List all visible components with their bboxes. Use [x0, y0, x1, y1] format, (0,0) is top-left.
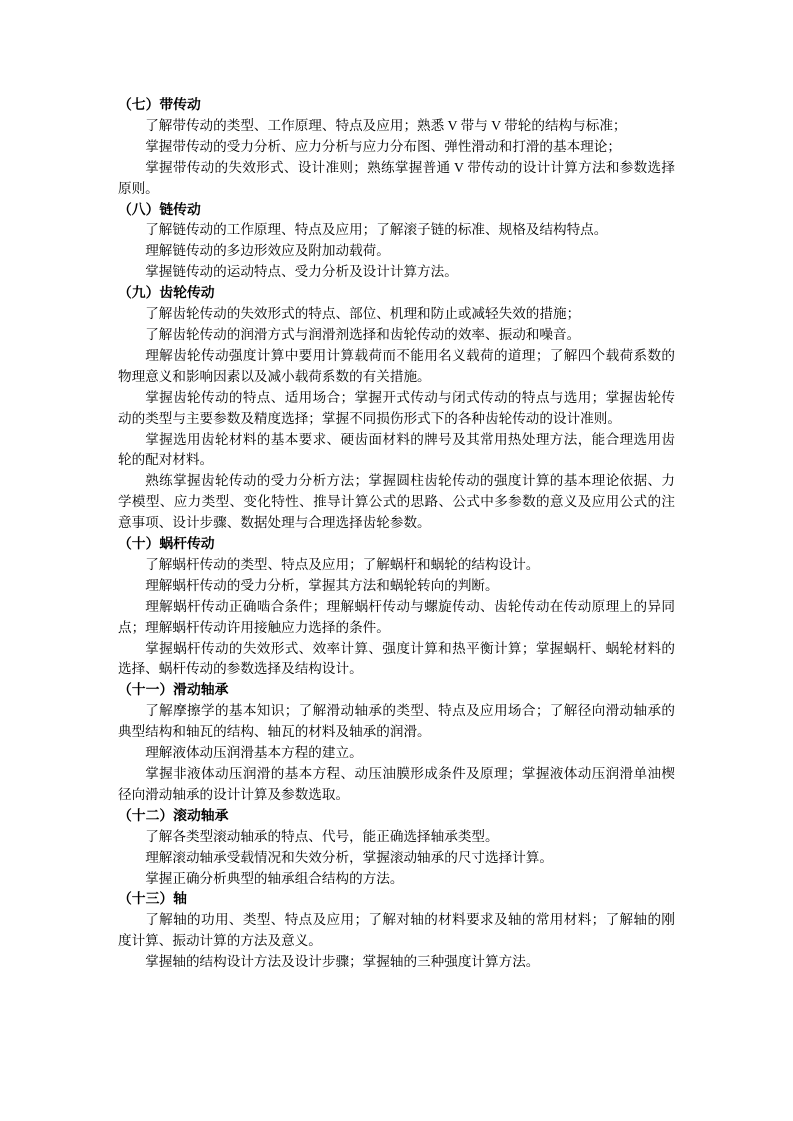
section-worm-drive: （十）蜗杆传动 了解蜗杆传动的类型、特点及应用；了解蜗杆和蜗轮的结构设计。 理解…	[118, 534, 675, 680]
paragraph: 理解齿轮传动强度计算中要用计算载荷而不能用名义载荷的道理；了解四个载荷系数的物理…	[118, 346, 675, 388]
paragraph: 掌握带传动的失效形式、设计准则；熟练掌握普通 V 带传动的设计计算方法和参数选择…	[118, 158, 675, 200]
section-shaft: （十三）轴 了解轴的功用、类型、特点及应用；了解对轴的材料要求及轴的常用材料；了…	[118, 889, 675, 973]
paragraph: 熟练掌握齿轮传动的受力分析方法；掌握圆柱齿轮传动的强度计算的基本理论依据、力学模…	[118, 471, 675, 534]
paragraph: 了解齿轮传动的失效形式的特点、部位、机理和防止或减轻失效的措施；	[118, 304, 675, 325]
paragraph: 掌握选用齿轮材料的基本要求、硬齿面材料的牌号及其常用热处理方法，能合理选用齿轮的…	[118, 430, 675, 472]
paragraph: 了解链传动的工作原理、特点及应用；了解滚子链的标准、规格及结构特点。	[118, 220, 675, 241]
section-heading: （七）带传动	[118, 95, 675, 116]
section-gear-drive: （九）齿轮传动 了解齿轮传动的失效形式的特点、部位、机理和防止或减轻失效的措施；…	[118, 283, 675, 534]
paragraph: 掌握非液体动压润滑的基本方程、动压油膜形成条件及原理；掌握液体动压润滑单油楔径向…	[118, 764, 675, 806]
section-heading: （八）链传动	[118, 200, 675, 221]
paragraph: 理解滚动轴承受载情况和失效分析，掌握滚动轴承的尺寸选择计算。	[118, 848, 675, 869]
paragraph: 了解轴的功用、类型、特点及应用；了解对轴的材料要求及轴的常用材料；了解轴的刚度计…	[118, 910, 675, 952]
document-content: （七）带传动 了解带传动的类型、工作原理、特点及应用；熟悉 V 带与 V 带轮的…	[118, 95, 675, 973]
paragraph: 理解液体动压润滑基本方程的建立。	[118, 743, 675, 764]
paragraph: 掌握正确分析典型的轴承组合结构的方法。	[118, 869, 675, 890]
section-belt-drive: （七）带传动 了解带传动的类型、工作原理、特点及应用；熟悉 V 带与 V 带轮的…	[118, 95, 675, 200]
section-chain-drive: （八）链传动 了解链传动的工作原理、特点及应用；了解滚子链的标准、规格及结构特点…	[118, 200, 675, 284]
paragraph: 理解蜗杆传动正确啮合条件；理解蜗杆传动与螺旋传动、齿轮传动在传动原理上的异同点；…	[118, 597, 675, 639]
section-heading: （十三）轴	[118, 889, 675, 910]
paragraph: 了解齿轮传动的润滑方式与润滑剂选择和齿轮传动的效率、振动和噪音。	[118, 325, 675, 346]
document-page: （七）带传动 了解带传动的类型、工作原理、特点及应用；熟悉 V 带与 V 带轮的…	[0, 0, 793, 1121]
section-rolling-bearing: （十二）滚动轴承 了解各类型滚动轴承的特点、代号，能正确选择轴承类型。 理解滚动…	[118, 806, 675, 890]
section-heading: （十二）滚动轴承	[118, 806, 675, 827]
paragraph: 掌握齿轮传动的特点、适用场合；掌握开式传动与闭式传动的特点与选用；掌握齿轮传动的…	[118, 388, 675, 430]
paragraph: 理解链传动的多边形效应及附加动载荷。	[118, 241, 675, 262]
paragraph: 理解蜗杆传动的受力分析，掌握其方法和蜗轮转向的判断。	[118, 576, 675, 597]
section-heading: （十）蜗杆传动	[118, 534, 675, 555]
paragraph: 掌握蜗杆传动的失效形式、效率计算、强度计算和热平衡计算；掌握蜗杆、蜗轮材料的选择…	[118, 639, 675, 681]
paragraph: 了解各类型滚动轴承的特点、代号，能正确选择轴承类型。	[118, 827, 675, 848]
paragraph: 掌握链传动的运动特点、受力分析及设计计算方法。	[118, 262, 675, 283]
paragraph: 了解蜗杆传动的类型、特点及应用；了解蜗杆和蜗轮的结构设计。	[118, 555, 675, 576]
section-heading: （九）齿轮传动	[118, 283, 675, 304]
paragraph: 掌握轴的结构设计方法及设计步骤；掌握轴的三种强度计算方法。	[118, 952, 675, 973]
paragraph: 了解带传动的类型、工作原理、特点及应用；熟悉 V 带与 V 带轮的结构与标准；	[118, 116, 675, 137]
section-sliding-bearing: （十一）滑动轴承 了解摩擦学的基本知识；了解滑动轴承的类型、特点及应用场合；了解…	[118, 680, 675, 805]
paragraph: 了解摩擦学的基本知识；了解滑动轴承的类型、特点及应用场合；了解径向滑动轴承的典型…	[118, 701, 675, 743]
section-heading: （十一）滑动轴承	[118, 680, 675, 701]
paragraph: 掌握带传动的受力分析、应力分析与应力分布图、弹性滑动和打滑的基本理论；	[118, 137, 675, 158]
